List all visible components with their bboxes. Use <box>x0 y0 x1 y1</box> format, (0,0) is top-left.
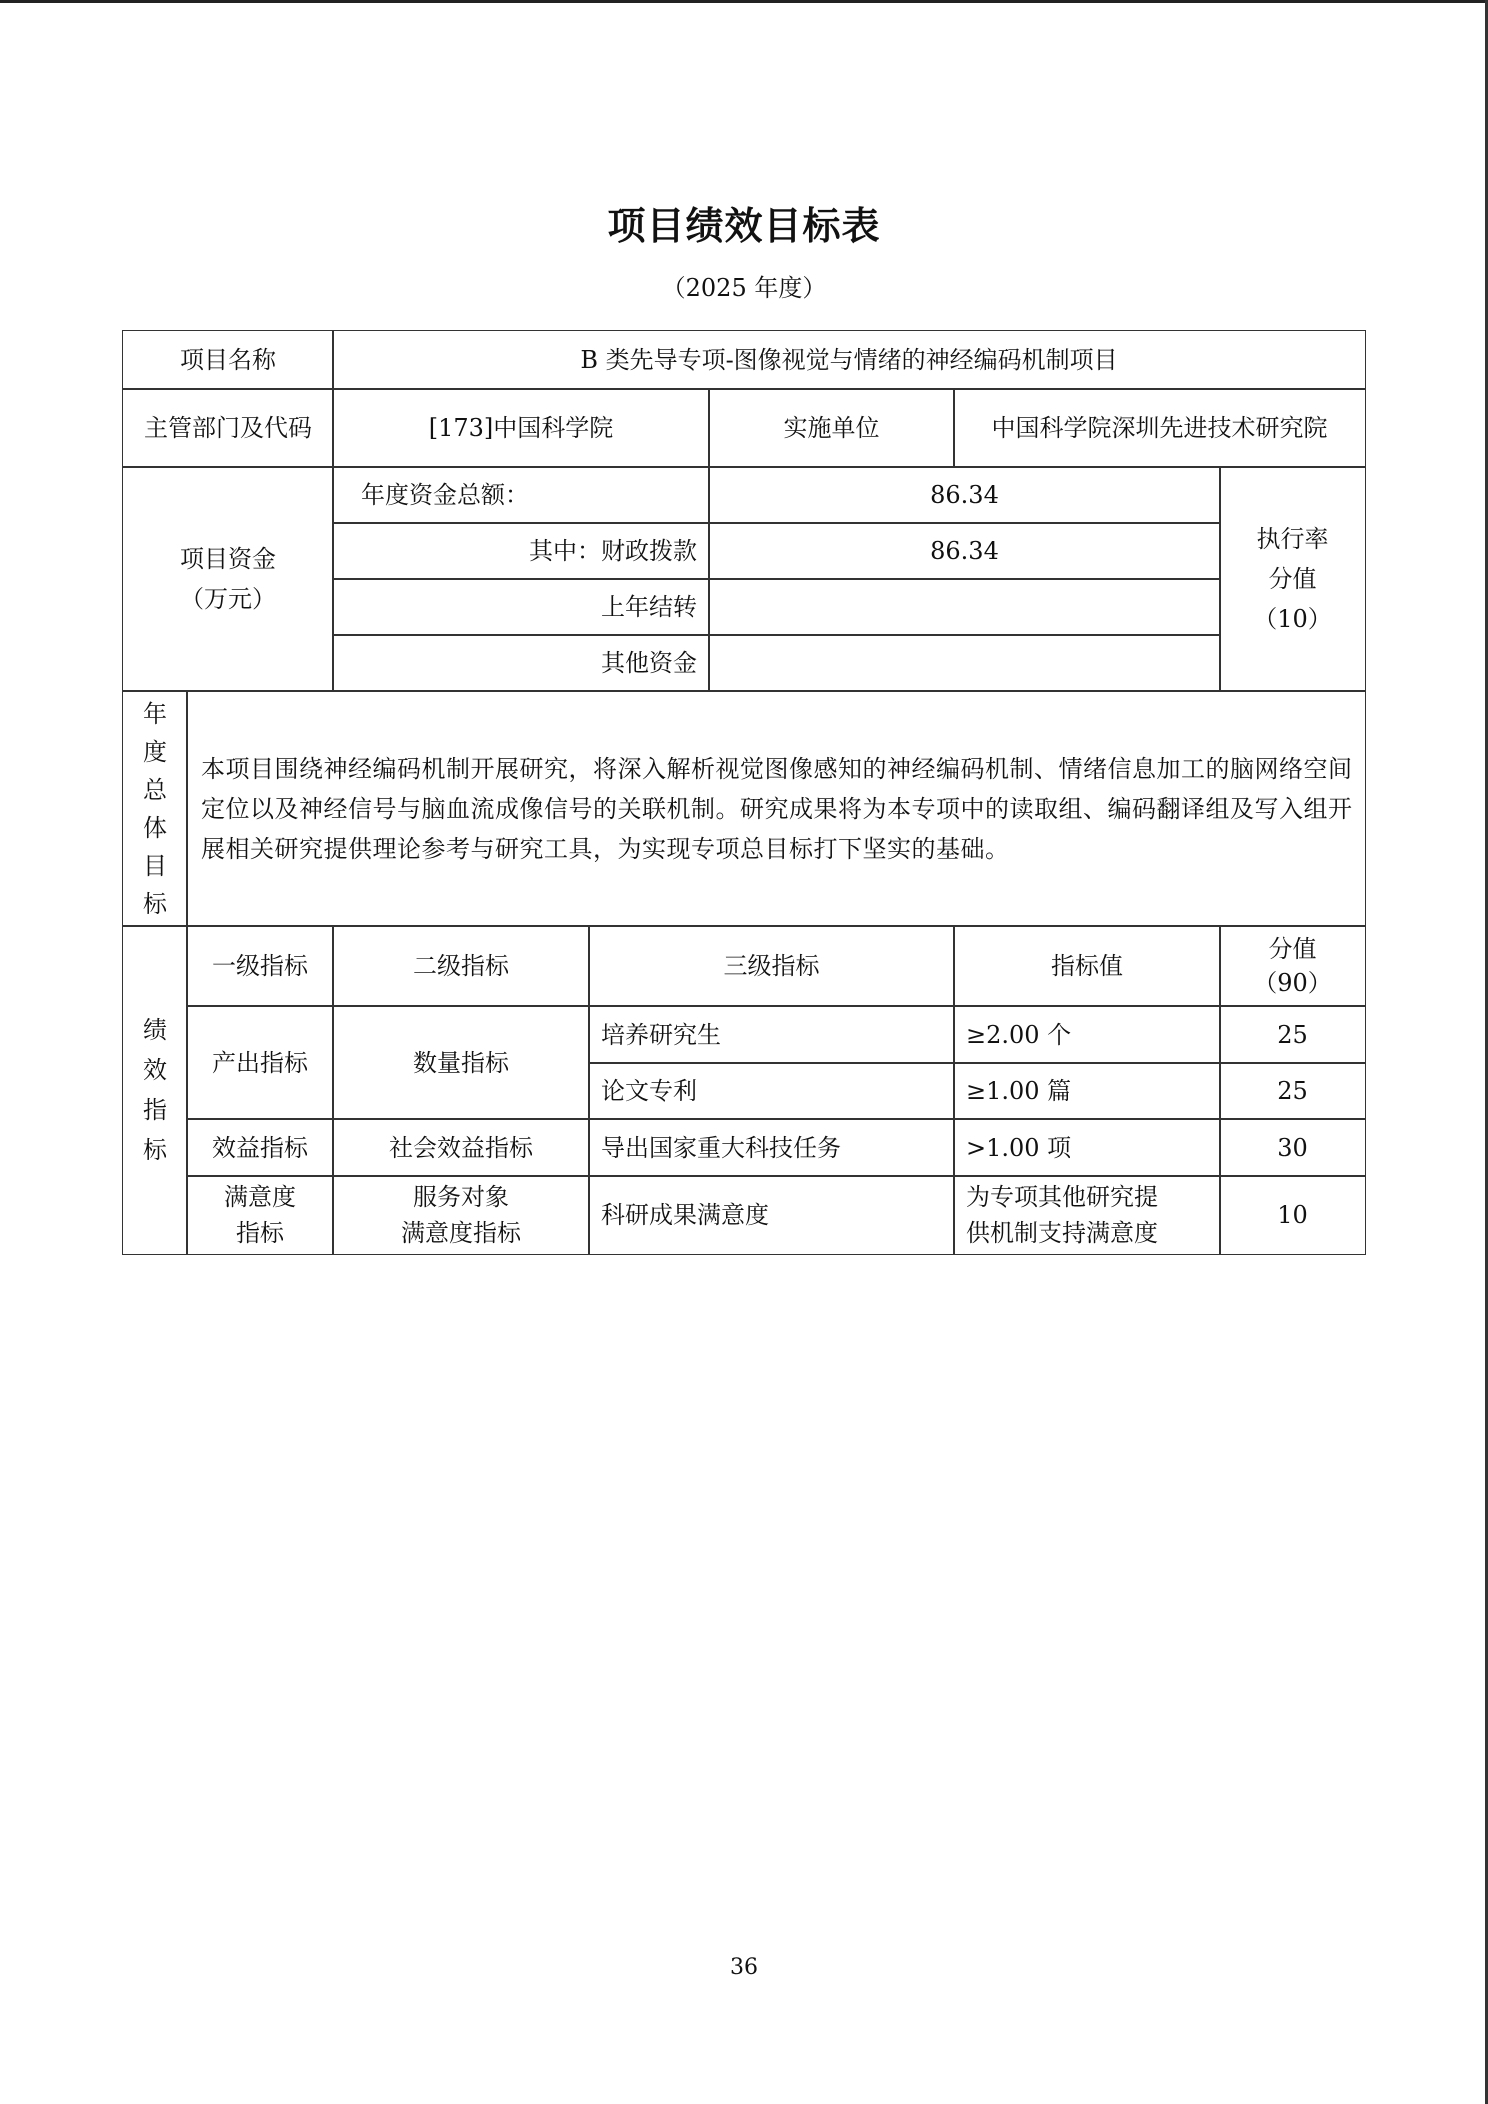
execution-rate-score: 执行率 分值 （10） <box>1219 466 1366 692</box>
funding-row-label: 其他资金 <box>332 634 710 692</box>
goal-text: 本项目围绕神经编码机制开展研究，将深入解析视觉图像感知的神经编码机制、情绪信息加… <box>186 690 1366 927</box>
header-level1: 一级指标 <box>186 925 334 1007</box>
indicator-score: 25 <box>1219 1062 1366 1120</box>
header-score: 分值 （90） <box>1219 925 1366 1007</box>
funding-row-label: 上年结转 <box>332 578 710 636</box>
funding-row-value: 86.34 <box>708 522 1221 580</box>
impl-label: 实施单位 <box>708 388 955 468</box>
funding-row-value <box>708 578 1221 636</box>
indicator-score: 25 <box>1219 1005 1366 1064</box>
funding-row-value <box>708 634 1221 692</box>
indicator-value: ≥1.00 篇 <box>953 1062 1221 1120</box>
indicator-value: 为专项其他研究提 供机制支持满意度 <box>953 1175 1221 1255</box>
funding-label: 项目资金 （万元） <box>122 466 334 692</box>
goal-label-char: 体 <box>143 809 167 847</box>
indicator-score: 30 <box>1219 1118 1366 1177</box>
level2-satisfaction-line2: 满意度指标 <box>401 1215 521 1251</box>
funding-row-label: 年度资金总额： <box>332 466 710 524</box>
document-title: 项目绩效目标表 <box>0 195 1488 250</box>
level3-item: 科研成果满意度 <box>588 1175 955 1255</box>
page-number: 36 <box>0 1955 1488 1980</box>
level2-quantity: 数量指标 <box>332 1005 590 1120</box>
indicator-value-line2: 供机制支持满意度 <box>966 1215 1158 1251</box>
funding-label-line1: 项目资金 <box>180 539 276 579</box>
funding-label-line2: （万元） <box>180 579 276 619</box>
indicators-label-char: 指 <box>143 1090 167 1130</box>
project-name-label: 项目名称 <box>122 330 334 390</box>
goal-label-char: 标 <box>143 885 167 923</box>
execution-rate-line3: （10） <box>1253 599 1332 639</box>
dept-value: [173]中国科学院 <box>332 388 710 468</box>
level1-satisfaction-line1: 满意度 <box>224 1179 296 1215</box>
impl-value: 中国科学院深圳先进技术研究院 <box>953 388 1366 468</box>
level1-benefit: 效益指标 <box>186 1118 334 1177</box>
header-value: 指标值 <box>953 925 1221 1007</box>
indicators-label: 绩 效 指 标 <box>122 925 188 1255</box>
indicators-label-char: 标 <box>143 1130 167 1170</box>
indicator-value-line1: 为专项其他研究提 <box>966 1179 1158 1215</box>
header-score-line1: 分值 <box>1269 932 1317 966</box>
level2-satisfaction-line1: 服务对象 <box>413 1179 509 1215</box>
goal-label-char: 总 <box>143 771 167 809</box>
header-score-line2: （90） <box>1253 966 1332 1000</box>
indicators-label-char: 绩 <box>143 1010 167 1050</box>
level2-service-satisfaction: 服务对象 满意度指标 <box>332 1175 590 1255</box>
level3-item: 导出国家重大科技任务 <box>588 1118 955 1177</box>
level1-satisfaction-line2: 指标 <box>236 1215 284 1251</box>
indicator-value: ≥2.00 个 <box>953 1005 1221 1064</box>
goal-label-char: 目 <box>143 847 167 885</box>
project-name-value: B 类先导专项-图像视觉与情绪的神经编码机制项目 <box>332 330 1366 390</box>
goal-label-char: 年 <box>143 695 167 733</box>
indicator-value: >1.00 项 <box>953 1118 1221 1177</box>
indicators-label-char: 效 <box>143 1050 167 1090</box>
page-top-border <box>0 0 1488 3</box>
level1-output: 产出指标 <box>186 1005 334 1120</box>
level2-social-benefit: 社会效益指标 <box>332 1118 590 1177</box>
dept-label: 主管部门及代码 <box>122 388 334 468</box>
level1-satisfaction: 满意度 指标 <box>186 1175 334 1255</box>
indicator-score: 10 <box>1219 1175 1366 1255</box>
level3-item: 论文专利 <box>588 1062 955 1120</box>
goal-label-char: 度 <box>143 733 167 771</box>
funding-row-label: 其中：财政拨款 <box>332 522 710 580</box>
header-level2: 二级指标 <box>332 925 590 1007</box>
level3-item: 培养研究生 <box>588 1005 955 1064</box>
execution-rate-line2: 分值 <box>1269 559 1317 599</box>
document-subtitle: （2025 年度） <box>0 268 1488 303</box>
execution-rate-line1: 执行率 <box>1257 519 1329 559</box>
funding-row-value: 86.34 <box>708 466 1221 524</box>
goal-label: 年 度 总 体 目 标 <box>122 690 188 927</box>
header-level3: 三级指标 <box>588 925 955 1007</box>
